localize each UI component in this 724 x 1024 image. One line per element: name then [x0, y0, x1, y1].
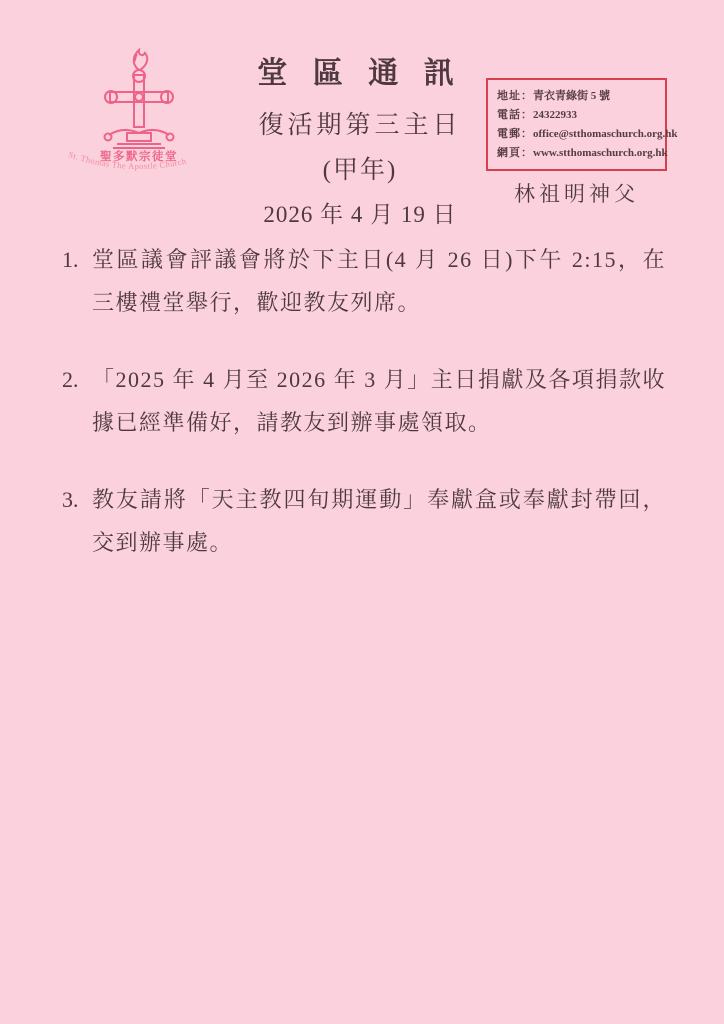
- announcement-text: 「2025 年 4 月至 2026 年 3 月」主日捐獻及各項捐款收據已經準備好…: [92, 358, 666, 444]
- contact-phone: 電話：24322933: [497, 106, 656, 125]
- church-logo: 聖多默宗徒堂 St. Thomas The Apostle Church: [64, 48, 214, 180]
- announcement-number: 2.: [62, 358, 92, 444]
- announcement-text: 教友請將「天主教四旬期運動」奉獻盒或奉獻封帶回，交到辦事處。: [92, 478, 666, 564]
- announcement-item-1: 1. 堂區議會評議會將於下主日(4 月 26 日)下午 2:15，在三樓禮堂舉行…: [62, 238, 666, 324]
- announcement-text: 堂區議會評議會將於下主日(4 月 26 日)下午 2:15，在三樓禮堂舉行，歡迎…: [92, 238, 666, 324]
- contact-website: 網頁：www.stthomaschurch.org.hk: [497, 144, 656, 163]
- contact-address-value: 青衣青綠街 5 號: [533, 90, 610, 102]
- flame-icon: [134, 50, 148, 70]
- issue-date: 2026 年 4 月 19 日: [232, 196, 488, 229]
- announcement-item-2: 2. 「2025 年 4 月至 2026 年 3 月」主日捐獻及各項捐款收據已經…: [62, 358, 666, 444]
- contact-phone-label: 電話：: [497, 109, 533, 121]
- contact-address: 地址：青衣青綠街 5 號: [497, 87, 656, 106]
- title-block: 堂 區 通 訊 復活期第三主日 (甲年) 2026 年 4 月 19 日: [232, 48, 488, 229]
- newsletter-page: 聖多默宗徒堂 St. Thomas The Apostle Church 堂 區…: [0, 0, 724, 1024]
- announcement-item-3: 3. 教友請將「天主教四旬期運動」奉獻盒或奉獻封帶回，交到辦事處。: [62, 478, 666, 564]
- liturgical-sunday: 復活期第三主日: [232, 105, 488, 141]
- contact-info-box: 地址：青衣青綠街 5 號 電話：24322933 電郵：office@sttho…: [486, 78, 667, 171]
- contact-email-value: office@stthomaschurch.org.hk: [533, 128, 677, 140]
- contact-website-value: www.stthomaschurch.org.hk: [533, 147, 668, 159]
- liturgical-year-cycle: (甲年): [232, 150, 488, 186]
- contact-email: 電郵：office@stthomaschurch.org.hk: [497, 125, 656, 144]
- priest-name: 林祖明神父: [486, 178, 667, 208]
- announcement-number: 1.: [62, 238, 92, 324]
- contact-address-label: 地址：: [497, 90, 533, 102]
- contact-phone-value: 24322933: [533, 109, 577, 121]
- announcement-list: 1. 堂區議會評議會將於下主日(4 月 26 日)下午 2:15，在三樓禮堂舉行…: [62, 238, 666, 598]
- church-cross-icon: 聖多默宗徒堂 St. Thomas The Apostle Church: [64, 48, 214, 180]
- announcement-number: 3.: [62, 478, 92, 564]
- contact-website-label: 網頁：: [497, 147, 533, 159]
- newsletter-title: 堂 區 通 訊: [232, 48, 488, 92]
- contact-email-label: 電郵：: [497, 128, 533, 140]
